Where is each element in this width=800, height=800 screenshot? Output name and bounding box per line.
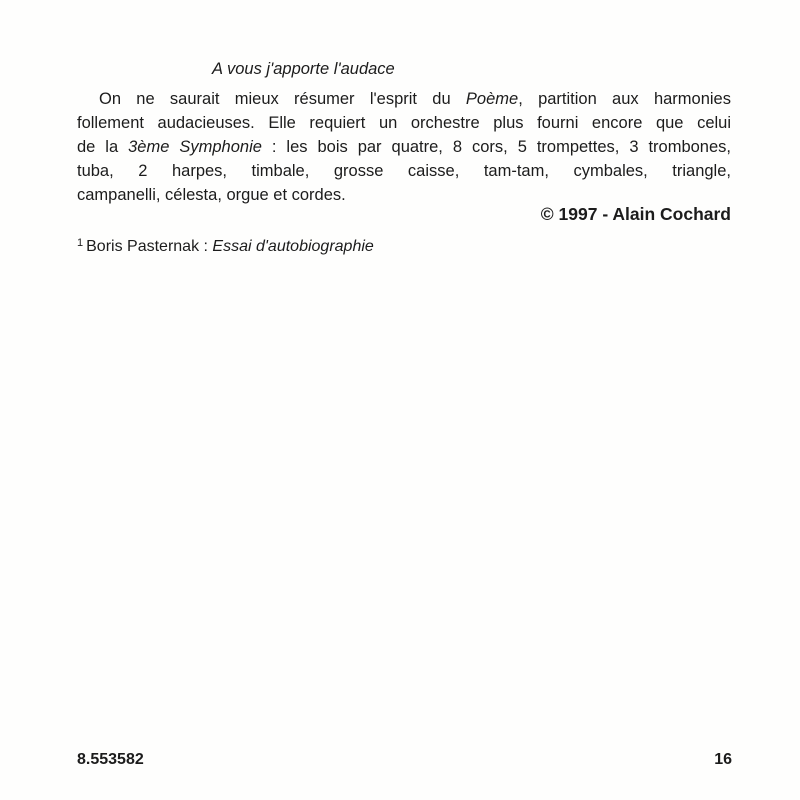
footnote-author: Boris Pasternak : bbox=[86, 238, 212, 255]
paragraph-line: On ne saurait mieux résumer l'esprit du … bbox=[77, 87, 731, 111]
footnote-title: Essai d'autobiographie bbox=[212, 238, 373, 255]
text-run: tuba, 2 harpes, timbale, grosse caisse, … bbox=[77, 162, 731, 180]
italic-title: 3ème Symphonie bbox=[128, 138, 262, 156]
paragraph-line: de la 3ème Symphonie : les bois par quat… bbox=[77, 135, 731, 159]
text-run: campanelli, célesta, orgue et cordes. bbox=[77, 186, 346, 204]
epigraph: A vous j'apporte l'audace bbox=[212, 60, 395, 79]
catalog-number: 8.553582 bbox=[77, 751, 144, 769]
italic-title: Poème bbox=[466, 90, 518, 108]
paragraph-line: tuba, 2 harpes, timbale, grosse caisse, … bbox=[77, 159, 731, 183]
text-run: On ne saurait mieux résumer l'esprit du bbox=[99, 90, 466, 108]
body-paragraph: On ne saurait mieux résumer l'esprit du … bbox=[77, 87, 731, 207]
footnote: 1Boris Pasternak : Essai d'autobiographi… bbox=[77, 237, 374, 256]
footnote-marker: 1 bbox=[77, 237, 83, 249]
booklet-page: A vous j'apporte l'audace On ne saurait … bbox=[0, 0, 800, 800]
text-run: , partition aux harmonies bbox=[518, 90, 731, 108]
copyright-signature: © 1997 - Alain Cochard bbox=[541, 204, 731, 225]
text-run: : les bois par quatre, 8 cors, 5 trompet… bbox=[262, 138, 731, 156]
text-run: follement audacieuses. Elle requiert un … bbox=[77, 114, 731, 132]
page-number: 16 bbox=[714, 751, 732, 769]
text-run: de la bbox=[77, 138, 128, 156]
paragraph-line: follement audacieuses. Elle requiert un … bbox=[77, 111, 731, 135]
